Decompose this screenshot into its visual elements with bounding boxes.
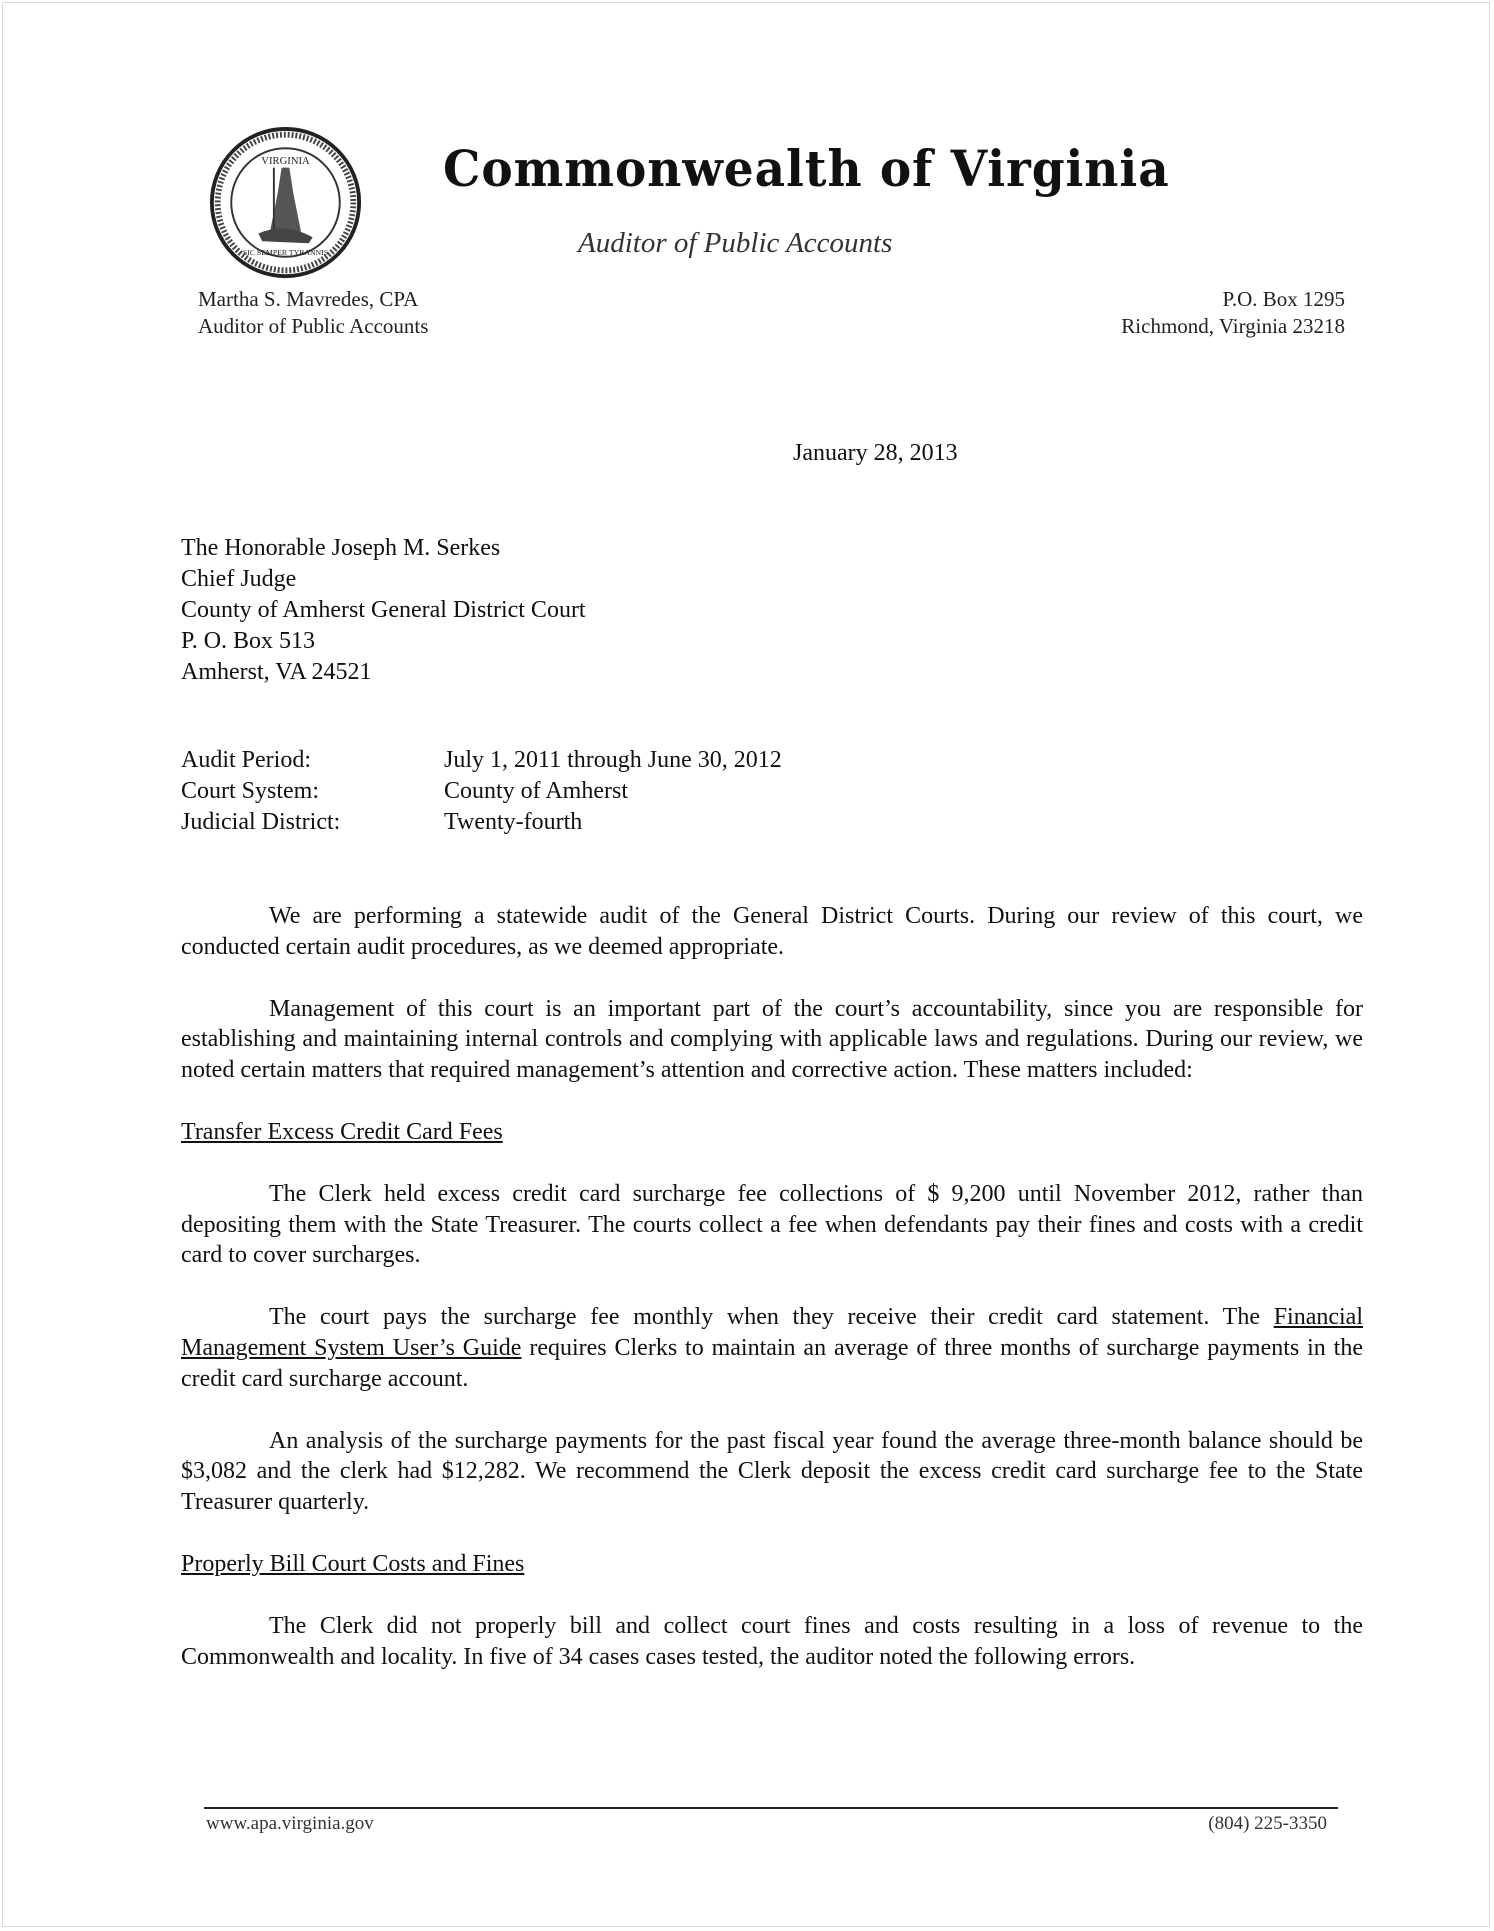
recipient-line: The Honorable Joseph M. Serkes xyxy=(181,533,586,564)
section-heading-court-costs: Properly Bill Court Costs and Fines xyxy=(181,1549,1363,1580)
recipient-line: Chief Judge xyxy=(181,564,586,595)
letterhead-title: Commonwealth of Virginia xyxy=(443,139,1170,198)
audit-info-row: Court System: County of Amherst xyxy=(181,776,782,807)
letter-page: VIRGINIA SIC SEMPER TYRANNIS Commonwealt… xyxy=(2,2,1490,1927)
footer-divider xyxy=(204,1807,1338,1809)
audit-info-label: Judicial District: xyxy=(181,807,444,838)
office-address-block: P.O. Box 1295 Richmond, Virginia 23218 xyxy=(1121,286,1345,340)
audit-info-row: Audit Period: July 1, 2011 through June … xyxy=(181,745,782,776)
auditor-name: Martha S. Mavredes, CPA xyxy=(198,286,428,313)
auditor-title: Auditor of Public Accounts xyxy=(198,313,428,340)
audit-info-row: Judicial District: Twenty-fourth xyxy=(181,807,782,838)
letter-body: We are performing a statewide audit of t… xyxy=(181,901,1363,1703)
section-heading-credit-card-fees: Transfer Excess Credit Card Fees xyxy=(181,1117,1363,1148)
audit-info-value: Twenty-fourth xyxy=(444,807,582,838)
auditor-name-block: Martha S. Mavredes, CPA Auditor of Publi… xyxy=(198,286,428,340)
paragraph-billing-errors: The Clerk did not properly bill and coll… xyxy=(181,1611,1363,1673)
audit-info-table: Audit Period: July 1, 2011 through June … xyxy=(181,745,782,838)
letter-date: January 28, 2013 xyxy=(793,440,958,467)
footer-website: www.apa.virginia.gov xyxy=(206,1813,374,1835)
audit-info-value: County of Amherst xyxy=(444,776,628,807)
paragraph-management: Management of this court is an important… xyxy=(181,994,1363,1086)
footer-phone: (804) 225-3350 xyxy=(1208,1813,1327,1835)
audit-info-label: Audit Period: xyxy=(181,745,444,776)
recipient-line: Amherst, VA 24521 xyxy=(181,657,586,688)
recipient-line: County of Amherst General District Court xyxy=(181,595,586,626)
paragraph-analysis: An analysis of the surcharge payments fo… xyxy=(181,1426,1363,1518)
letterhead-subtitle: Auditor of Public Accounts xyxy=(578,227,892,260)
recipient-address: The Honorable Joseph M. Serkes Chief Jud… xyxy=(181,533,586,688)
recipient-line: P. O. Box 513 xyxy=(181,626,586,657)
svg-text:SIC SEMPER TYRANNIS: SIC SEMPER TYRANNIS xyxy=(243,248,328,257)
audit-info-value: July 1, 2011 through June 30, 2012 xyxy=(444,745,782,776)
paragraph-surcharge-monthly: The court pays the surcharge fee monthly… xyxy=(181,1302,1363,1394)
audit-info-label: Court System: xyxy=(181,776,444,807)
virginia-seal-icon: VIRGINIA SIC SEMPER TYRANNIS xyxy=(208,125,363,280)
paragraph-excess-fees: The Clerk held excess credit card surcha… xyxy=(181,1179,1363,1271)
text: The court pays the surcharge fee monthly… xyxy=(269,1304,1274,1330)
svg-text:VIRGINIA: VIRGINIA xyxy=(261,156,310,167)
office-po-box: P.O. Box 1295 xyxy=(1121,286,1345,313)
paragraph-intro: We are performing a statewide audit of t… xyxy=(181,901,1363,963)
office-city: Richmond, Virginia 23218 xyxy=(1121,313,1345,340)
